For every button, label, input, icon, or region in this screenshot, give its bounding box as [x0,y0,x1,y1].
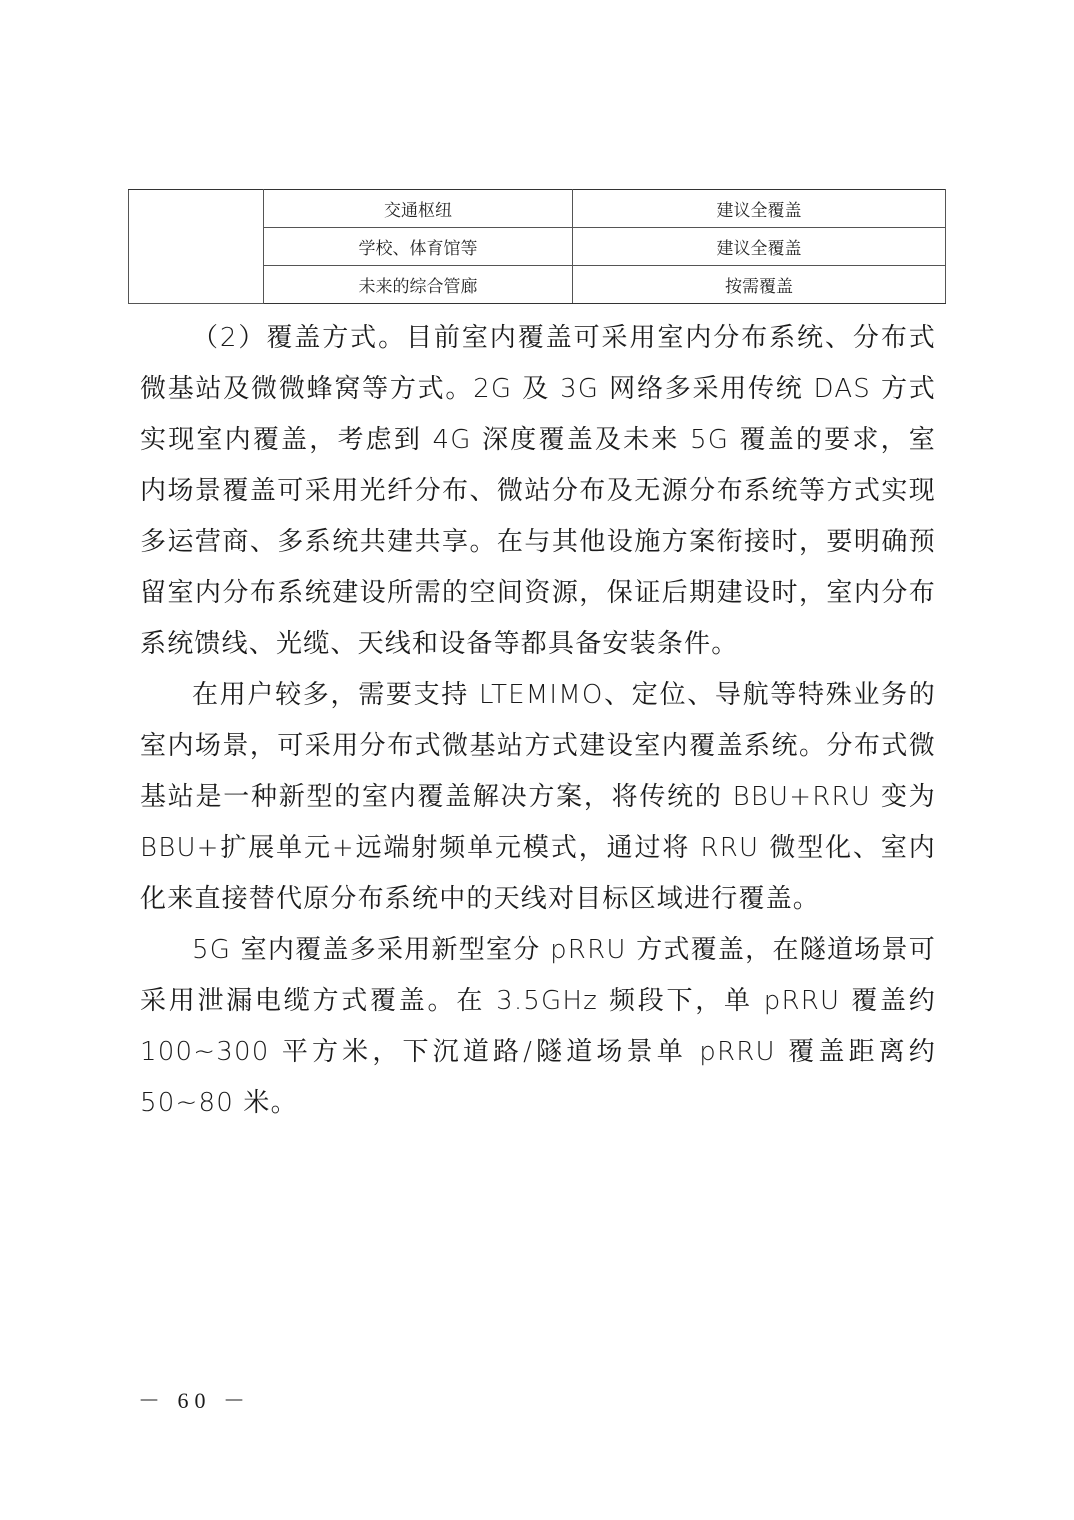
paragraph-distributed-microcell: 在用户较多，需要支持 LTEMIMO、定位、导航等特殊业务的室内场景，可采用分布… [140,670,936,925]
scene-cell: 未来的综合管廊 [264,266,573,304]
requirement-cell: 按需覆盖 [573,266,946,304]
scene-cell: 交通枢纽 [264,190,573,228]
page-number: － 60 － [138,1384,251,1415]
requirement-cell: 建议全覆盖 [573,190,946,228]
paragraph-coverage-method: （2）覆盖方式。目前室内覆盖可采用室内分布系统、分布式微基站及微微蜂窝等方式。2… [140,313,936,670]
paragraph-5g-indoor: 5G 室内覆盖多采用新型室分 pRRU 方式覆盖，在隧道场景可采用泄漏电缆方式覆… [140,925,936,1129]
category-cell [129,190,264,304]
body-text: （2）覆盖方式。目前室内覆盖可采用室内分布系统、分布式微基站及微微蜂窝等方式。2… [140,313,936,1129]
requirement-cell: 建议全覆盖 [573,228,946,266]
scene-cell: 学校、体育馆等 [264,228,573,266]
table-row: 交通枢纽 建议全覆盖 [129,190,946,228]
coverage-table: 交通枢纽 建议全覆盖 学校、体育馆等 建议全覆盖 未来的综合管廊 按需覆盖 [128,189,946,304]
